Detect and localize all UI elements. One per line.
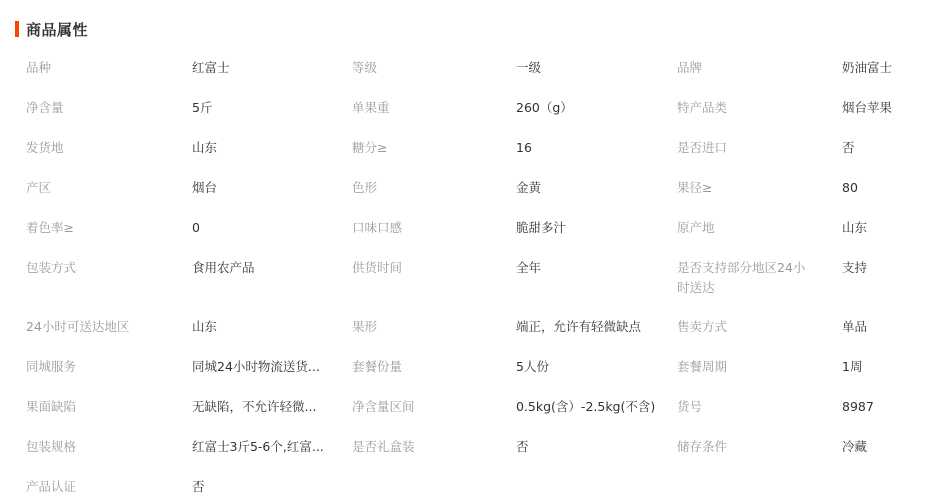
attribute-value: 烟台 <box>192 178 332 198</box>
attribute-row: 包装方式 食用农产品 供货时间 全年 是否支持部分地区24小时送达 支持 <box>0 246 950 305</box>
attribute-value: 奶油富士 <box>842 58 942 78</box>
attribute-label: 是否支持部分地区24小时送达 <box>677 258 817 298</box>
attribute-label: 售卖方式 <box>677 317 817 337</box>
attribute-value: 烟台苹果 <box>842 98 942 118</box>
attribute-row: 净含量 5斤 单果重 260（g） 特产品类 烟台苹果 <box>0 86 950 126</box>
attribute-label: 果径≥ <box>677 178 817 198</box>
attribute-row: 品种 红富士 等级 一级 品牌 奶油富士 <box>0 46 950 86</box>
attribute-row: 产品认证 否 <box>0 465 950 501</box>
attribute-value: 无缺陷，不允许轻微... <box>192 397 332 417</box>
attribute-value: 冷藏 <box>842 437 942 457</box>
attribute-value: 一级 <box>516 58 666 78</box>
accent-bar <box>15 21 19 37</box>
attribute-label: 果面缺陷 <box>26 397 176 417</box>
attribute-row: 着色率≥ 0 口味口感 脆甜多汁 原产地 山东 <box>0 206 950 246</box>
attribute-label: 特产品类 <box>677 98 817 118</box>
attribute-row: 果面缺陷 无缺陷，不允许轻微... 净含量区间 0.5kg(含）-2.5kg(不… <box>0 385 950 425</box>
attribute-row: 同城服务 同城24小时物流送货... 套餐份量 5人份 套餐周期 1周 <box>0 345 950 385</box>
attribute-value: 5人份 <box>516 357 666 377</box>
attribute-label: 品牌 <box>677 58 817 78</box>
attribute-value: 红富士3斤5-6个,红富... <box>192 437 332 457</box>
attribute-value: 脆甜多汁 <box>516 218 666 238</box>
attribute-value: 全年 <box>516 258 666 278</box>
attribute-label: 口味口感 <box>352 218 502 238</box>
attribute-label: 等级 <box>352 58 502 78</box>
attribute-label: 24小时可送达地区 <box>26 317 176 337</box>
attribute-value: 红富士 <box>192 58 332 78</box>
attribute-label: 套餐周期 <box>677 357 817 377</box>
attribute-value: 食用农产品 <box>192 258 332 278</box>
attribute-value: 单品 <box>842 317 942 337</box>
attribute-value: 山东 <box>192 317 332 337</box>
attribute-value: 0.5kg(含）-2.5kg(不含) <box>516 397 666 417</box>
attribute-label: 原产地 <box>677 218 817 238</box>
section-title: 商品属性 <box>26 19 88 40</box>
attribute-value: 80 <box>842 178 942 198</box>
attribute-label: 包装规格 <box>26 437 176 457</box>
attribute-row: 包装规格 红富士3斤5-6个,红富... 是否礼盒装 否 储存条件 冷藏 <box>0 425 950 465</box>
attribute-row: 产区 烟台 色形 金黄 果径≥ 80 <box>0 166 950 206</box>
attribute-row: 发货地 山东 糖分≥ 16 是否进口 否 <box>0 126 950 166</box>
attribute-value: 8987 <box>842 397 942 417</box>
attribute-label: 净含量 <box>26 98 176 118</box>
attribute-label: 发货地 <box>26 138 176 158</box>
section-header: 商品属性 <box>15 19 88 39</box>
attribute-label: 货号 <box>677 397 817 417</box>
attribute-value: 1周 <box>842 357 942 377</box>
attribute-value: 5斤 <box>192 98 332 118</box>
attribute-value: 金黄 <box>516 178 666 198</box>
attribute-label: 供货时间 <box>352 258 502 278</box>
attribute-label: 单果重 <box>352 98 502 118</box>
attribute-value: 端正，允许有轻微缺点 <box>516 317 666 337</box>
attribute-value: 否 <box>516 437 666 457</box>
attribute-label: 产区 <box>26 178 176 198</box>
product-attributes-table: 品种 红富士 等级 一级 品牌 奶油富士 净含量 5斤 单果重 260（g） 特… <box>0 46 950 501</box>
attribute-row: 24小时可送达地区 山东 果形 端正，允许有轻微缺点 售卖方式 单品 <box>0 305 950 345</box>
attribute-label: 净含量区间 <box>352 397 502 417</box>
attribute-value: 260（g） <box>516 98 666 118</box>
attribute-label: 产品认证 <box>26 477 176 497</box>
attribute-value: 山东 <box>192 138 332 158</box>
attribute-label: 同城服务 <box>26 357 176 377</box>
attribute-label: 储存条件 <box>677 437 817 457</box>
attribute-value: 支持 <box>842 258 942 278</box>
attribute-value: 山东 <box>842 218 942 238</box>
attribute-value: 16 <box>516 138 666 158</box>
attribute-label: 品种 <box>26 58 176 78</box>
attribute-value: 否 <box>192 477 332 497</box>
attribute-value: 0 <box>192 218 332 238</box>
attribute-label: 色形 <box>352 178 502 198</box>
attribute-label: 着色率≥ <box>26 218 176 238</box>
attribute-label: 果形 <box>352 317 502 337</box>
attribute-label: 包装方式 <box>26 258 176 278</box>
attribute-label: 是否进口 <box>677 138 817 158</box>
attribute-label: 是否礼盒装 <box>352 437 502 457</box>
attribute-value: 否 <box>842 138 942 158</box>
attribute-value: 同城24小时物流送货... <box>192 357 332 377</box>
attribute-label: 套餐份量 <box>352 357 502 377</box>
attribute-label: 糖分≥ <box>352 138 502 158</box>
